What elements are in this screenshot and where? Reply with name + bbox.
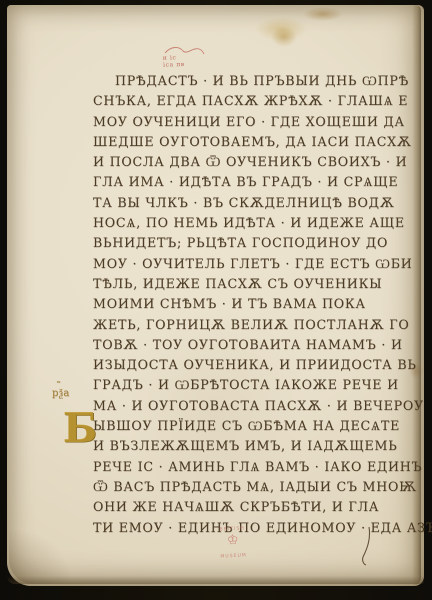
manuscript-line: жеть, горницѫ велиѫ постланѫ го — [93, 315, 405, 335]
lection-rubric: н іс іса пв — [163, 45, 205, 68]
manuscript-line: моу оученици его · где хощеши да — [93, 112, 405, 132]
stamp-word-bottom: MUSEUM — [214, 553, 254, 560]
page-fore-edge — [412, 5, 421, 586]
stain — [303, 7, 343, 21]
manuscript-line: шедше оуготоваемъ, да ıаси пасхѫ — [93, 132, 405, 152]
parchment-leaf: н іс іса пв прѣдастъ · и вь пръвыи днь ѡ… — [7, 5, 424, 586]
manuscript-line: ывшоу прїиде съ ѡбѣма на десѧте — [93, 416, 405, 436]
manuscript-line: носѧ, по немь идѣта · и идеже аще — [93, 213, 405, 233]
manuscript-line: моими снѣмъ · и тъ вама пока — [93, 294, 405, 314]
manuscript-line: ѿ васъ прѣдасть мѧ, ıадыи съ мноѭ — [93, 477, 405, 497]
manuscript-line: ма · и оуготоваста пасхѫ · и вечероу — [93, 396, 405, 416]
manuscript-line: снъка, егда пасхѫ жрѣхѫ · глашѧ е — [93, 91, 405, 111]
text-lines: прѣдастъ · и вь пръвыи днь ѡпрѣснъка, ег… — [93, 71, 405, 538]
manuscript-line: они же начѧшѫ скръбѣти, и гла — [93, 497, 405, 517]
manuscript-line: гла има · идѣта въ градъ · и срѧще — [93, 172, 405, 192]
photo-frame: н іс іса пв прѣдастъ · и вь пръвыи днь ѡ… — [0, 0, 432, 600]
manuscript-line: градъ · и ѡбрѣтоста ıакоже рече и — [93, 375, 405, 395]
manuscript-line: вьнидетъ; рьцѣта господиноу до — [93, 233, 405, 253]
manuscript-line: та вы члкъ · въ скѫделницѣ водѫ — [93, 193, 405, 213]
margin-section-number: ˜ рѯа — [52, 388, 70, 399]
manuscript-line: тѣль, идеже пасхѫ съ оученикы — [93, 274, 405, 294]
titlo-mark: ˜ — [56, 381, 62, 392]
manuscript-line: и възлежѫщемъ имъ, и ıадѫщемь — [93, 436, 405, 456]
stain — [9, 504, 99, 584]
manuscript-line: рече іс · аминь глѧ вамъ · ıако единъ — [93, 457, 405, 477]
manuscript-line: изыдоста оученика, и приидоста вь — [93, 355, 405, 375]
museum-stamp: BRITISH ♔ MUSEUM — [212, 525, 254, 563]
manuscript-line: прѣдастъ · и вь пръвыи днь ѡпрѣ — [93, 71, 405, 91]
manuscript-line: и посла два ѿ оученикъ своихъ · и — [93, 152, 405, 172]
stain — [255, 17, 307, 41]
descender-flourish-icon — [359, 527, 373, 567]
manuscript-line: моу · оучитель глетъ · где естъ ѡби — [93, 254, 405, 274]
stain — [271, 27, 297, 47]
illuminated-initial: Б — [63, 409, 97, 449]
rubric-line-2: іса пв — [163, 61, 205, 69]
crown-icon: ♔ — [213, 533, 254, 548]
manuscript-line: товѫ · тоу оуготоваита намамъ · и — [93, 335, 405, 355]
page-bottom-edge — [7, 576, 424, 584]
